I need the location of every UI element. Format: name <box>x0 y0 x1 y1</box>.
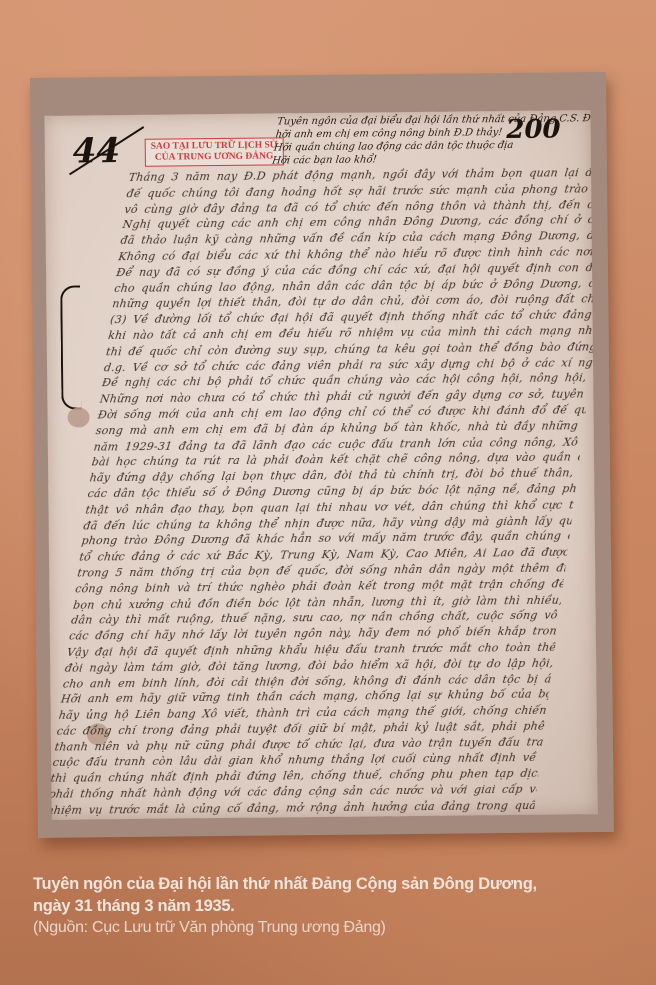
caption-source: (Nguồn: Cục Lưu trữ Văn phòng Trung ương… <box>33 917 633 939</box>
caption-title-line-1: Tuyên ngôn của Đại hội lần thứ nhất Đảng… <box>33 873 633 895</box>
stamp-line-2: CỦA TRUNG ƯƠNG ĐẢNG <box>151 151 278 163</box>
margin-bracket-mark <box>60 285 81 409</box>
handwritten-manuscript: 44 SAO TẠI LƯU TRỮ LỊCH SỬ CỦA TRUNG ƯƠN… <box>44 110 597 820</box>
document-mat-board: 44 SAO TẠI LƯU TRỮ LỊCH SỬ CỦA TRUNG ƯƠN… <box>30 72 614 838</box>
archive-stamp: SAO TẠI LƯU TRỮ LỊCH SỬ CỦA TRUNG ƯƠNG Đ… <box>145 137 284 166</box>
page-number-right: 200 <box>506 114 561 145</box>
exhibit-caption: Tuyên ngôn của Đại hội lần thứ nhất Đảng… <box>33 873 633 939</box>
paper-stain <box>67 407 89 427</box>
caption-title-line-2: ngày 31 tháng 3 năm 1935. <box>33 895 633 917</box>
manuscript-body-text: Tháng 3 năm nay Đ.D phát động mạnh, ngồi… <box>47 165 598 808</box>
